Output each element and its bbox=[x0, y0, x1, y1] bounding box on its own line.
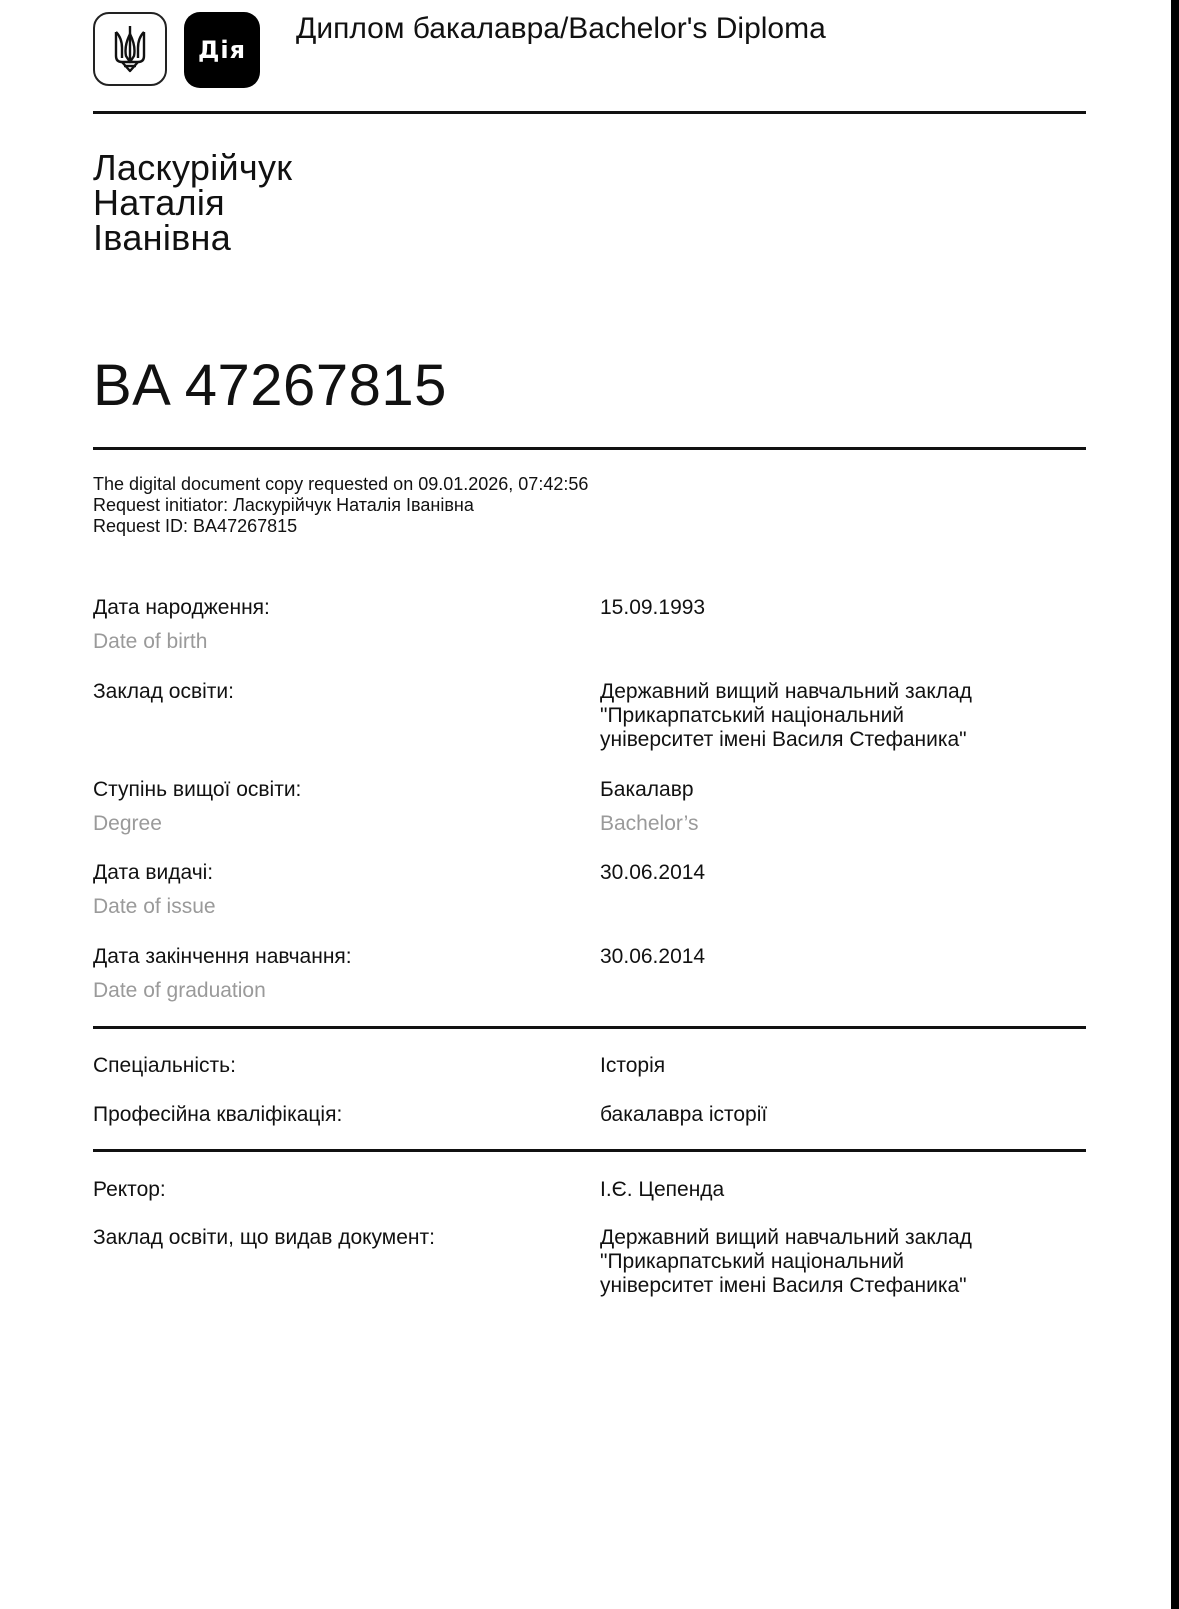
divider bbox=[93, 1149, 1086, 1152]
holder-name: Ласкурійчук Наталія Іванівна bbox=[93, 150, 292, 255]
field-value: 30.06.2014 bbox=[600, 861, 705, 885]
field-label: Дата видачі: bbox=[93, 861, 213, 885]
field-label: Спеціальність: bbox=[93, 1054, 236, 1078]
request-id-line: Request ID: BA47267815 bbox=[93, 516, 588, 537]
request-initiator-line: Request initiator: Ласкурійчук Наталія І… bbox=[93, 495, 588, 516]
field-label: Дата закінчення навчання: bbox=[93, 945, 352, 969]
field-value: Історія bbox=[600, 1054, 665, 1078]
field-label: Заклад освіти: bbox=[93, 680, 234, 704]
field-value: 30.06.2014 bbox=[600, 945, 705, 969]
field-label-en: Date of birth bbox=[93, 630, 207, 654]
field-value: 15.09.1993 bbox=[600, 596, 705, 620]
field-value: Державний вищий навчальний заклад "Прика… bbox=[600, 680, 972, 752]
value-line: "Прикарпатський національний bbox=[600, 1250, 972, 1274]
field-label: Дата народження: bbox=[93, 596, 270, 620]
field-label: Ректор: bbox=[93, 1178, 166, 1202]
document-title: Диплом бакалавра/Bachelor's Diploma bbox=[296, 12, 826, 46]
holder-surname: Ласкурійчук bbox=[93, 150, 292, 185]
divider bbox=[93, 447, 1086, 450]
field-label: Ступінь вищої освіти: bbox=[93, 778, 301, 802]
document-number: BA 47267815 bbox=[93, 352, 447, 419]
value-line: Державний вищий навчальний заклад bbox=[600, 1226, 972, 1250]
trident-icon bbox=[112, 24, 148, 74]
field-value: І.Є. Цепенда bbox=[600, 1178, 724, 1202]
field-label-en: Date of issue bbox=[93, 895, 216, 919]
coat-of-arms-logo bbox=[93, 12, 167, 86]
field-value: Державний вищий навчальний заклад "Прика… bbox=[600, 1226, 972, 1298]
holder-patronymic: Іванівна bbox=[93, 220, 292, 255]
divider bbox=[93, 111, 1086, 114]
value-line: Державний вищий навчальний заклад bbox=[600, 680, 972, 704]
field-value-en: Bachelor’s bbox=[600, 812, 698, 836]
request-date-line: The digital document copy requested on 0… bbox=[93, 474, 588, 495]
field-value: бакалавра історії bbox=[600, 1103, 767, 1127]
field-value: Бакалавр bbox=[600, 778, 694, 802]
diia-logo: Дія bbox=[184, 12, 260, 88]
value-line: університет імені Василя Стефаника" bbox=[600, 1274, 972, 1298]
request-info: The digital document copy requested on 0… bbox=[93, 474, 588, 537]
field-label: Заклад освіти, що видав документ: bbox=[93, 1226, 435, 1250]
value-line: "Прикарпатський національний bbox=[600, 704, 972, 728]
screen-edge-bar bbox=[1171, 0, 1179, 1609]
holder-given-name: Наталія bbox=[93, 185, 292, 220]
diia-logo-text: Дія bbox=[198, 36, 246, 64]
field-label-en: Date of graduation bbox=[93, 979, 266, 1003]
field-label: Професійна кваліфікація: bbox=[93, 1103, 342, 1127]
divider bbox=[93, 1026, 1086, 1029]
value-line: університет імені Василя Стефаника" bbox=[600, 728, 972, 752]
field-label-en: Degree bbox=[93, 812, 162, 836]
